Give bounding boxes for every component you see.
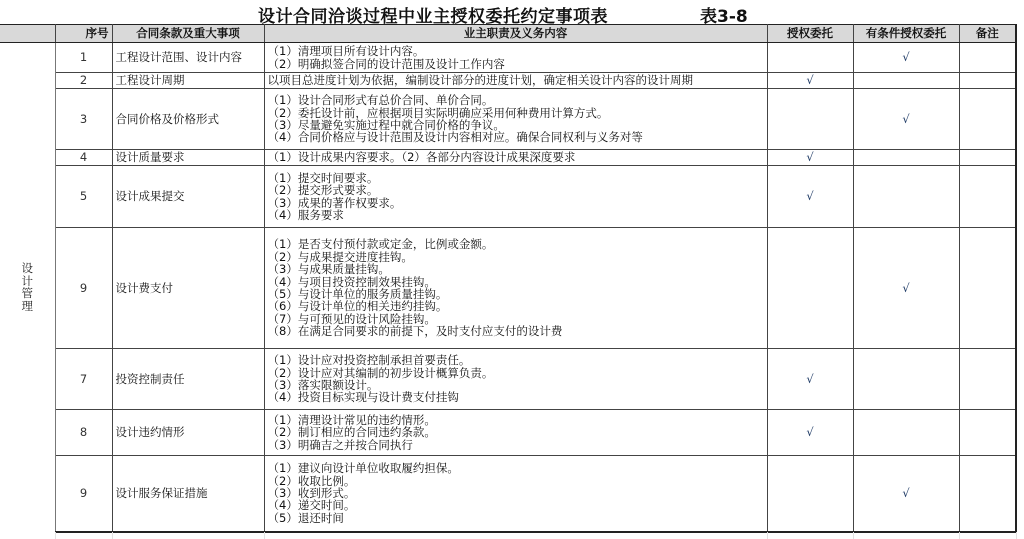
- header-row: 序号 合同条款及重大事项 业主职责及义务内容 授权委托 有条件授权委托 备注: [0, 25, 1016, 43]
- cell-seq[interactable]: 9: [55, 456, 112, 532]
- header-note[interactable]: 备注: [959, 25, 1016, 43]
- cell-term[interactable]: 设计违约情形: [112, 410, 264, 456]
- table-row: 4 设计质量要求 （1）设计成果内容要求。（2）各部分内容设计成果深度要求 √: [0, 150, 1016, 166]
- duty-line: （2）提交形式要求。: [268, 184, 764, 196]
- cell-auth[interactable]: √: [767, 410, 853, 456]
- header-auth[interactable]: 授权委托: [767, 25, 853, 43]
- cell-seq[interactable]: 8: [55, 410, 112, 456]
- gridline: [959, 532, 960, 539]
- cell-duty[interactable]: （1）建议向设计单位收取履约担保。 （2）收取比例。 （3）收到形式。 （4）递…: [264, 456, 767, 532]
- duty-line: （1）设计成果内容要求。（2）各部分内容设计成果深度要求: [268, 151, 764, 163]
- table-row: 3 合同价格及价格形式 （1）设计合同形式有总价合同、单价合同。 （2）委托设计…: [0, 89, 1016, 150]
- duty-line: （2）明确拟签合同的设计范围及设计工作内容: [268, 58, 764, 70]
- header-duty[interactable]: 业主职责及义务内容: [264, 25, 767, 43]
- cell-auth[interactable]: √: [767, 73, 853, 89]
- cell-duty[interactable]: （1）提交时间要求。 （2）提交形式要求。 （3）成果的著作权要求。 （4）服务…: [264, 166, 767, 228]
- cell-seq[interactable]: 4: [55, 150, 112, 166]
- cell-cond[interactable]: √: [853, 43, 959, 73]
- cell-cond[interactable]: √: [853, 228, 959, 349]
- cell-term[interactable]: 设计服务保证措施: [112, 456, 264, 532]
- cell-cond[interactable]: [853, 150, 959, 166]
- cell-term[interactable]: 合同价格及价格形式: [112, 89, 264, 150]
- cell-seq[interactable]: 9: [55, 228, 112, 349]
- table-row: 设计管理 1 工程设计范围、设计内容 （1）清理项目所有设计内容。 （2）明确拟…: [0, 43, 1016, 73]
- cell-auth[interactable]: [767, 89, 853, 150]
- header-blank-cell[interactable]: [0, 25, 55, 43]
- cell-note[interactable]: [959, 456, 1016, 532]
- gridline: [112, 532, 113, 539]
- gridline: [853, 532, 854, 539]
- duty-line: （1）建议向设计单位收取履约担保。: [268, 462, 764, 474]
- cell-term[interactable]: 设计成果提交: [112, 166, 264, 228]
- group-label: 设计管理: [20, 262, 34, 312]
- duty-line: （6）与设计单位的相关违约挂钩。: [268, 300, 764, 312]
- duty-line: （3）明确吉之并按合同执行: [268, 439, 764, 451]
- cell-seq[interactable]: 3: [55, 89, 112, 150]
- cell-auth[interactable]: √: [767, 349, 853, 410]
- cell-note[interactable]: [959, 228, 1016, 349]
- cell-term[interactable]: 设计质量要求: [112, 150, 264, 166]
- gridline: [767, 532, 768, 539]
- cell-seq[interactable]: 7: [55, 349, 112, 410]
- gridline: [1016, 532, 1017, 539]
- header-cond[interactable]: 有条件授权委托: [853, 25, 959, 43]
- cell-cond[interactable]: [853, 410, 959, 456]
- cell-cond[interactable]: √: [853, 89, 959, 150]
- cell-note[interactable]: [959, 410, 1016, 456]
- duty-line: （1）设计应对投资控制承担首要责任。: [268, 354, 764, 366]
- cell-cond[interactable]: [853, 73, 959, 89]
- cell-note[interactable]: [959, 150, 1016, 166]
- duty-line: （4）投资目标实现与设计费支付挂钩: [268, 391, 764, 403]
- cell-duty[interactable]: （1）设计应对投资控制承担首要责任。 （2）设计应对其编制的初步设计概算负责。 …: [264, 349, 767, 410]
- cell-note[interactable]: [959, 166, 1016, 228]
- group-label-cell[interactable]: 设计管理: [0, 43, 55, 532]
- cell-term[interactable]: 工程设计周期: [112, 73, 264, 89]
- cell-term[interactable]: 投资控制责任: [112, 349, 264, 410]
- duty-line: （1）设计合同形式有总价合同、单价合同。: [268, 94, 764, 106]
- duty-line: （3）与成果质量挂钩。: [268, 263, 764, 275]
- gridline: [55, 532, 56, 539]
- cell-seq[interactable]: 5: [55, 166, 112, 228]
- cell-auth[interactable]: √: [767, 150, 853, 166]
- duty-line: （4）合同价格应与设计范围及设计内容相对应。确保合同权利与义务对等: [268, 131, 764, 143]
- cell-note[interactable]: [959, 43, 1016, 73]
- duty-line: （1）清理项目所有设计内容。: [268, 45, 764, 57]
- table-row: 5 设计成果提交 （1）提交时间要求。 （2）提交形式要求。 （3）成果的著作权…: [0, 166, 1016, 228]
- cell-note[interactable]: [959, 89, 1016, 150]
- cell-duty[interactable]: （1）清理设计常见的违约情形。 （2）制订相应的合同违约条款。 （3）明确吉之并…: [264, 410, 767, 456]
- cell-cond[interactable]: √: [853, 456, 959, 532]
- duty-line: （5）退还时间: [268, 512, 764, 524]
- cell-note[interactable]: [959, 349, 1016, 410]
- cell-duty[interactable]: （1）设计合同形式有总价合同、单价合同。 （2）委托设计前，应根据项目实际明确应…: [264, 89, 767, 150]
- table-row: 8 设计违约情形 （1）清理设计常见的违约情形。 （2）制订相应的合同违约条款。…: [0, 410, 1016, 456]
- cell-auth[interactable]: [767, 43, 853, 73]
- cell-cond[interactable]: [853, 166, 959, 228]
- duty-line: （1）是否支付预付款或定金，比例或金额。: [268, 238, 764, 250]
- duty-line: （4）递交时间。: [268, 499, 764, 511]
- cell-auth[interactable]: [767, 228, 853, 349]
- cell-auth[interactable]: [767, 456, 853, 532]
- duty-line: （8）在满足合同要求的前提下，及时支付应支付的设计费: [268, 325, 764, 337]
- table-title-bar: 设计合同洽谈过程中业主授权委托约定事项表 表3-8: [0, 0, 1024, 24]
- cell-duty[interactable]: （1）清理项目所有设计内容。 （2）明确拟签合同的设计范围及设计工作内容: [264, 43, 767, 73]
- header-term[interactable]: 合同条款及重大事项: [112, 25, 264, 43]
- table-row: 2 工程设计周期 以项目总进度计划为依据，编制设计部分的进度计划，确定相关设计内…: [0, 73, 1016, 89]
- cell-seq[interactable]: 1: [55, 43, 112, 73]
- cell-duty[interactable]: （1）是否支付预付款或定金，比例或金额。 （2）与成果提交进度挂钩。 （3）与成…: [264, 228, 767, 349]
- cell-duty[interactable]: 以项目总进度计划为依据，编制设计部分的进度计划，确定相关设计内容的设计周期: [264, 73, 767, 89]
- duty-line: 以项目总进度计划为依据，编制设计部分的进度计划，确定相关设计内容的设计周期: [268, 74, 764, 86]
- table-row: 7 投资控制责任 （1）设计应对投资控制承担首要责任。 （2）设计应对其编制的初…: [0, 349, 1016, 410]
- cell-duty[interactable]: （1）设计成果内容要求。（2）各部分内容设计成果深度要求: [264, 150, 767, 166]
- table-row: 9 设计服务保证措施 （1）建议向设计单位收取履约担保。 （2）收取比例。 （3…: [0, 456, 1016, 532]
- header-seq[interactable]: 序号: [55, 25, 112, 43]
- empty-grid-row: [0, 532, 1024, 539]
- cell-term[interactable]: 设计费支付: [112, 228, 264, 349]
- authorization-table: 序号 合同条款及重大事项 业主职责及义务内容 授权委托 有条件授权委托 备注 设…: [0, 24, 1017, 533]
- gridline: [264, 532, 265, 539]
- duty-line: （2）制订相应的合同违约条款。: [268, 426, 764, 438]
- duty-line: （4）服务要求: [268, 209, 764, 221]
- cell-term[interactable]: 工程设计范围、设计内容: [112, 43, 264, 73]
- cell-note[interactable]: [959, 73, 1016, 89]
- table-row: 9 设计费支付 （1）是否支付预付款或定金，比例或金额。 （2）与成果提交进度挂…: [0, 228, 1016, 349]
- cell-auth[interactable]: √: [767, 166, 853, 228]
- cell-cond[interactable]: [853, 349, 959, 410]
- cell-seq[interactable]: 2: [55, 73, 112, 89]
